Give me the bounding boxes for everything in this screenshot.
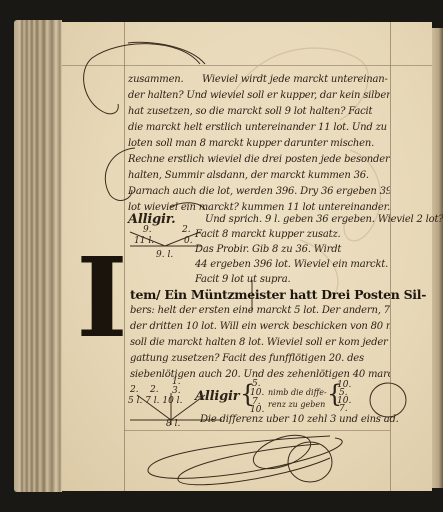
- alligir-result-1: Facit 8 marckt kupper zusatz.: [195, 229, 341, 240]
- text-line-2: der halten? Und wieviel soll er kupper, …: [128, 90, 390, 101]
- text-line-3: hat zusetzen, so die marckt soll 9 lot h…: [128, 106, 390, 117]
- alligir-probe-2: 44 ergeben 396 lot. Wieviel ein marckt.: [195, 259, 388, 270]
- diagram1-top-right: 2.: [182, 225, 191, 235]
- text-line-7: halten, Summir alsdann, der marckt kumme…: [128, 170, 390, 181]
- decorated-initial-I: I: [68, 238, 136, 368]
- brace-middle-top: nimb die diffe-: [268, 388, 327, 397]
- diagram2-row1-b: 2.: [150, 385, 159, 395]
- text-line-8: Darnach auch die lot, werden 396. Dry 36…: [128, 186, 390, 197]
- diagram1-right: 0.: [184, 236, 193, 246]
- brace-middle-bottom: renz zu geben: [268, 400, 325, 409]
- problem2-line-4: gattung zusetzen? Facit des funfflötigen…: [130, 353, 390, 364]
- text-line-1b: Wieviel wirdt jede marckt untereinan-: [202, 74, 388, 85]
- alligir-facit-1: Facit 9 lot ut supra.: [195, 274, 291, 285]
- diagram2-row1-c: 3.: [172, 386, 181, 396]
- diagram1-bottom: 9. l.: [156, 250, 173, 260]
- diagram1-top-left: 9.: [143, 225, 152, 235]
- text-line-4: die marckt helt erstlich untereinander 1…: [128, 122, 390, 133]
- problem2-heading: tem/ Ein Müntzmeister hatt Drei Posten S…: [130, 287, 426, 302]
- differenz-note: Die differenz uber 10 zehl 3 und eins ad…: [200, 414, 399, 425]
- text-line-1a: zusammen.: [128, 74, 184, 85]
- alligir-label-2: Alligir: [195, 389, 239, 404]
- alligir-probe-1: Das Probir. Gib 8 zu 36. Wirdt: [195, 244, 341, 255]
- text-line-5: loten soll man 8 marckt kupper darunter …: [128, 138, 390, 149]
- right-brace-value-4: 7.: [339, 404, 348, 414]
- problem2-line-2: der dritten 10 lot. Will ein werck besch…: [130, 321, 390, 332]
- diagram2-row1-a: 2.: [130, 385, 139, 395]
- text-line-6: Rechne erstlich wieviel die drei posten …: [128, 154, 390, 165]
- problem2-line-1: bers: helt der ersten eine marckt 5 lot.…: [130, 305, 390, 316]
- diagram2-bottom: 8 l.: [166, 419, 180, 429]
- problem2-line-3: soll die marckt halten 8 lot. Wieviel so…: [130, 337, 390, 348]
- diagram2-row2: 5 l. 7 l. 10 l.: [128, 396, 182, 406]
- diagram1-left: 11 l.: [134, 236, 154, 246]
- alligir-text-1: Und sprich. 9 l. geben 36 ergeben. Wievi…: [205, 214, 443, 225]
